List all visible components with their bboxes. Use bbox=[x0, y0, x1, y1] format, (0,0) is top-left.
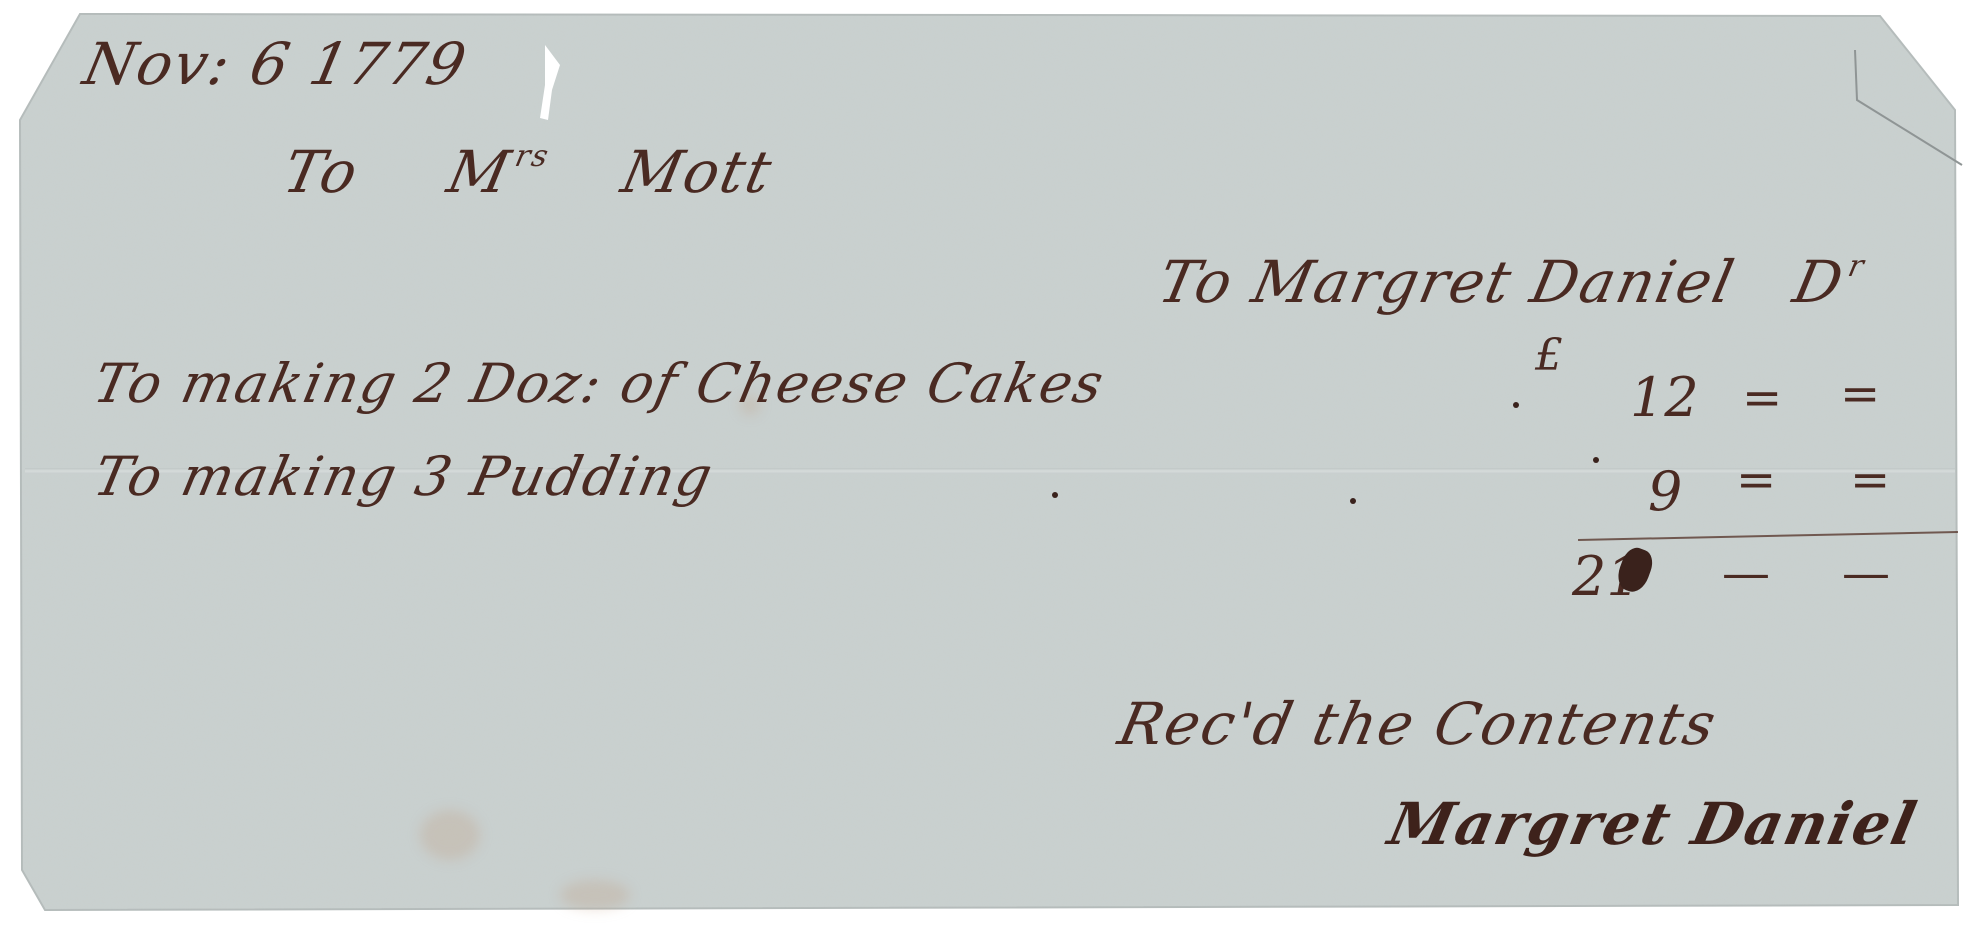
line-item-shillings: = bbox=[1736, 452, 1778, 508]
leader-dot bbox=[1513, 402, 1519, 408]
addressee-title: Mrs bbox=[442, 138, 554, 206]
line-item-pounds: 9 bbox=[1648, 460, 1682, 523]
leader-dot bbox=[1052, 492, 1058, 498]
line-item-shillings: = bbox=[1742, 370, 1784, 426]
receipt-date: Nov: 6 1779 bbox=[78, 30, 474, 98]
stain bbox=[560, 880, 630, 910]
total-pence: — bbox=[1842, 545, 1892, 601]
addressee-line: To Mrs Mott bbox=[278, 138, 779, 206]
addressee-prefix: To bbox=[278, 138, 366, 206]
line-item-pence: = bbox=[1840, 366, 1882, 422]
line-item-description: To making 2 Doz: of Cheese Cakes bbox=[88, 352, 1110, 415]
line-item-pence: = bbox=[1850, 452, 1892, 508]
leader-dot bbox=[1350, 498, 1356, 504]
total-shillings: — bbox=[1722, 545, 1772, 601]
line-item-description: To making 3 Pudding bbox=[88, 445, 719, 508]
creditor-line: To Margret Daniel Dr bbox=[1153, 248, 1869, 316]
leader-dot bbox=[1593, 457, 1599, 463]
line-item-pounds: 12 bbox=[1630, 366, 1699, 429]
creditor-name: To Margret Daniel bbox=[1153, 248, 1741, 316]
stain bbox=[420, 810, 480, 860]
signature: Margret Daniel bbox=[1383, 790, 1924, 858]
currency-symbol: £ bbox=[1535, 330, 1563, 381]
receipt-note: Rec'd the Contents bbox=[1113, 690, 1724, 758]
addressee-name: Mott bbox=[616, 138, 779, 206]
